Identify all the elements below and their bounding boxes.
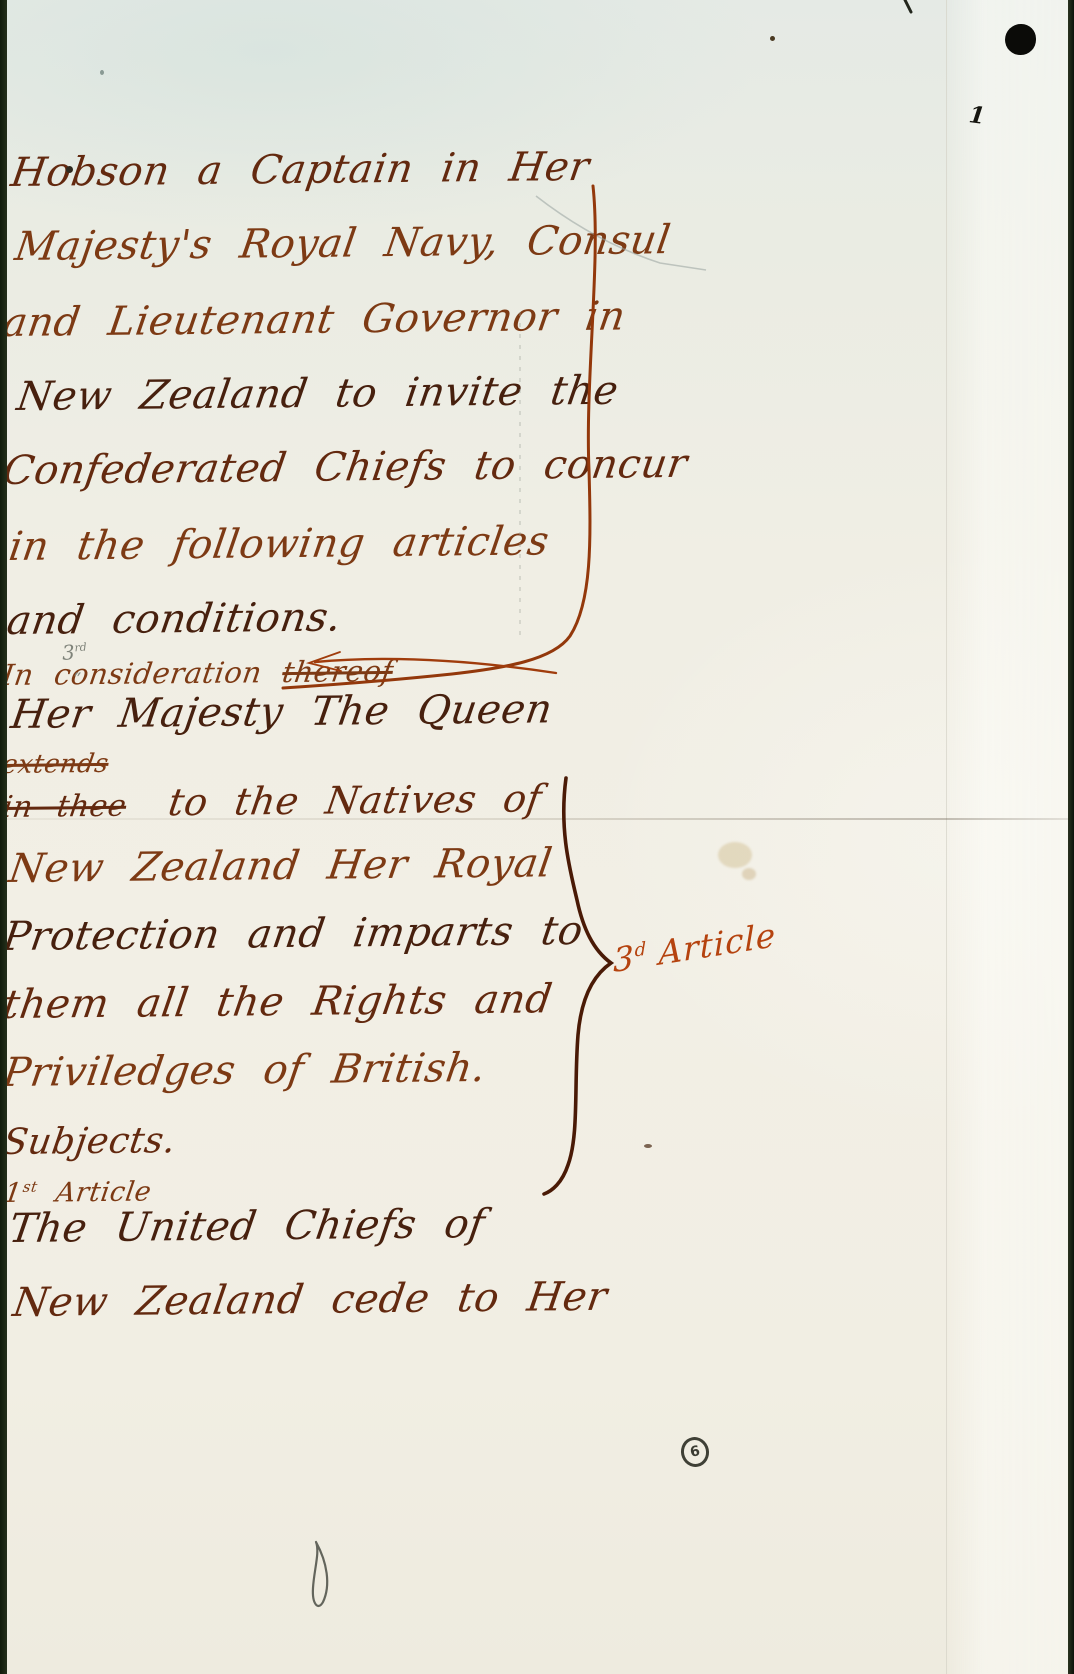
pencil-ditto-mark: ″	[74, 668, 81, 692]
manuscript-line: New Zealand Her Royal	[6, 840, 555, 892]
manuscript-phrase: In consideration	[0, 655, 285, 692]
paper-speck	[100, 70, 104, 75]
paper-right-lighter-band	[946, 0, 1069, 1674]
page-number-stamp: 6	[678, 1434, 712, 1469]
pencil-ordinal: rd	[74, 640, 87, 654]
article-3-margin-note: 3d Article	[613, 915, 777, 980]
manuscript-line: in the following articles	[6, 518, 552, 570]
pencil-squiggle	[313, 1542, 327, 1606]
struck-word: thereof	[280, 654, 395, 689]
manuscript-phrase: to the Natives of	[166, 776, 545, 824]
paper-stain	[742, 868, 756, 880]
manuscript-line: In consideration thereof	[0, 654, 395, 692]
scan-edge-right	[1068, 0, 1074, 1674]
manuscript-line: and Lieutenant Governor in	[0, 294, 629, 346]
manuscript-line: Confederated Chiefs to concur	[0, 441, 691, 494]
manuscript-line: The United Chiefs of	[6, 1201, 488, 1252]
edge-notch-mark	[905, 0, 911, 12]
paper-stain	[718, 842, 752, 868]
manuscript-line: in theeto the Natives of	[0, 776, 545, 826]
paper-speck	[66, 166, 73, 173]
manuscript-line: New Zealand to invite the	[14, 368, 622, 420]
manuscript-line: Protection and imparts to	[0, 908, 586, 960]
manuscript-line: New Zealand cede to Her	[10, 1274, 610, 1326]
punch-hole-mark	[1005, 24, 1036, 55]
manuscript-line: extends	[0, 749, 111, 780]
paper-speck	[770, 36, 775, 41]
corner-numeral: 1	[967, 101, 986, 130]
manuscript-line: them all the Rights and	[0, 976, 555, 1028]
manuscript-line: and conditions.	[4, 595, 345, 644]
struck-word: in thee	[0, 789, 129, 825]
struck-word: extends	[0, 749, 111, 780]
manuscript-page: Hobson a Captain in Her Majesty's Royal …	[0, 0, 1074, 1674]
manuscript-line: Subjects.	[0, 1120, 179, 1163]
scan-edge-left	[0, 0, 7, 1674]
margin-note-word: Article	[647, 915, 777, 975]
paper-speck	[644, 1144, 652, 1148]
manuscript-line: Hobson a Captain in Her	[8, 144, 592, 196]
margin-note-ordinal: d	[634, 938, 647, 961]
manuscript-line: Majesty's Royal Navy, Consul	[12, 217, 674, 270]
manuscript-line: Priviledges of British.	[0, 1045, 489, 1096]
pencil-annotation: 3rd	[61, 639, 88, 665]
manuscript-line: Her Majesty The Queen	[8, 686, 555, 738]
paper-speck	[498, 930, 502, 934]
margin-note-number: 3	[613, 937, 635, 980]
